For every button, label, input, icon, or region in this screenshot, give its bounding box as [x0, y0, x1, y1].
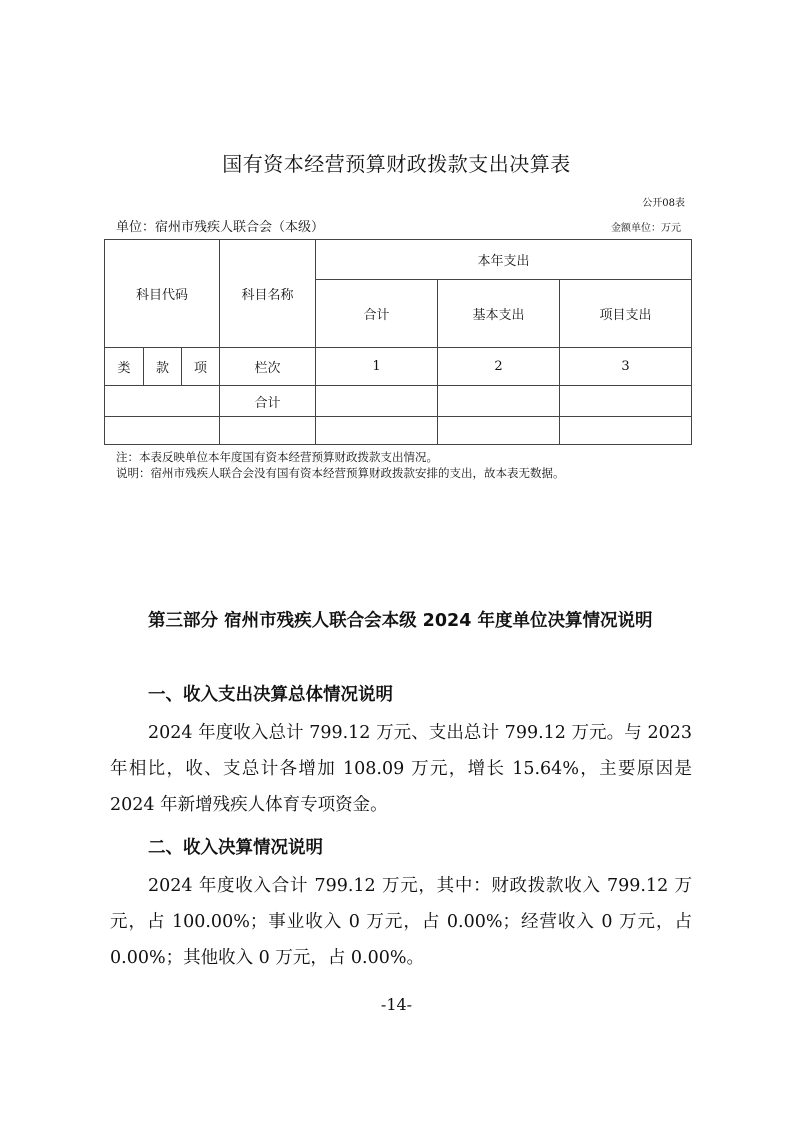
explanation-line: 说明：宿州市残疾人联合会没有国有资本经营预算财政拨款安排的支出，故本表无数据。 [116, 465, 565, 481]
total-row-total [316, 386, 438, 417]
cell-kuan: 款 [144, 348, 182, 386]
header-subject-name: 科目名称 [220, 240, 316, 348]
empty-row-total [316, 417, 438, 445]
header-total: 合计 [316, 280, 438, 348]
unit-label: 单位：宿州市残疾人联合会（本级） [116, 216, 324, 235]
column-index-row: 类 款 项 栏次 1 2 3 [105, 348, 692, 386]
cell-column-label: 栏次 [220, 348, 316, 386]
amount-unit-label: 金额单位：万元 [611, 219, 681, 234]
total-row-basic [438, 386, 560, 417]
total-row-project [560, 386, 692, 417]
empty-row-code [105, 417, 220, 445]
header-current-year-expense: 本年支出 [316, 240, 692, 280]
empty-row [105, 417, 692, 445]
header-subject-code: 科目代码 [105, 240, 220, 348]
section2-heading: 二、收入决算情况说明 [148, 834, 323, 859]
cell-xiang: 项 [182, 348, 220, 386]
header-basic-expense: 基本支出 [438, 280, 560, 348]
table-notes: 注：本表反映单位本年度国有资本经营预算财政拨款支出情况。 说明：宿州市残疾人联合… [116, 449, 565, 481]
total-row-code [105, 386, 220, 417]
header-row-1: 科目代码 科目名称 本年支出 [105, 240, 692, 280]
section1-body: 2024 年度收入总计 799.12 万元、支出总计 799.12 万元。与 2… [110, 715, 692, 823]
empty-row-project [560, 417, 692, 445]
total-row: 合计 [105, 386, 692, 417]
total-row-label: 合计 [220, 386, 316, 417]
form-number: 公开08表 [642, 194, 685, 209]
empty-row-basic [438, 417, 560, 445]
section2-body: 2024 年度收入合计 799.12 万元，其中：财政拨款收入 799.12 万… [110, 868, 692, 976]
part3-title: 第三部分 宿州市残疾人联合会本级 2024 年度单位决算情况说明 [110, 603, 690, 639]
header-project-expense: 项目支出 [560, 280, 692, 348]
empty-row-name [220, 417, 316, 445]
document-page: 国有资本经营预算财政拨款支出决算表 公开08表 单位：宿州市残疾人联合会（本级）… [0, 0, 793, 1122]
cell-col-3: 3 [560, 348, 692, 386]
table-title: 国有资本经营预算财政拨款支出决算表 [0, 148, 793, 177]
note-line: 注：本表反映单位本年度国有资本经营预算财政拨款支出情况。 [116, 449, 565, 465]
cell-col-1: 1 [316, 348, 438, 386]
page-number: -14- [0, 995, 793, 1014]
cell-col-2: 2 [438, 348, 560, 386]
cell-lei: 类 [105, 348, 144, 386]
expense-table: 科目代码 科目名称 本年支出 合计 基本支出 项目支出 类 款 项 栏次 1 2… [104, 239, 692, 445]
section1-heading: 一、收入支出决算总体情况说明 [148, 681, 393, 706]
